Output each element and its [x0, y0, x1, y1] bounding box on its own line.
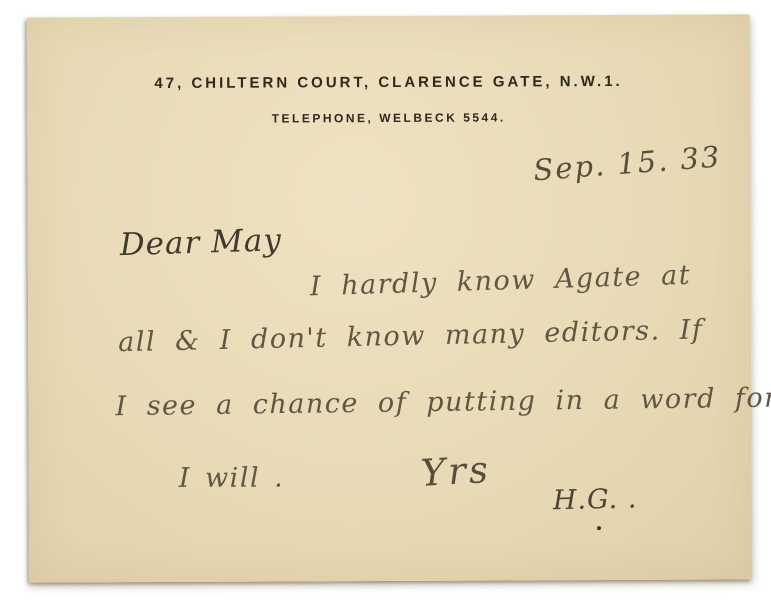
closing-valediction: Yrs: [420, 448, 492, 495]
body-line-3: I see a chance of putting in a word for …: [115, 382, 771, 423]
body-line-4: I will .: [179, 462, 285, 493]
signature-initials: H.G. .: [553, 483, 638, 516]
ink-speck: [597, 526, 601, 530]
body-line-2: all & I don't know many editors. If: [118, 314, 704, 358]
letter-card: 47, CHILTERN COURT, CLARENCE GATE, N.W.1…: [27, 14, 752, 582]
body-line-1: I hardly know Agate at: [309, 260, 691, 303]
photo-backdrop: 47, CHILTERN COURT, CLARENCE GATE, N.W.1…: [0, 0, 771, 600]
letterhead-telephone: TELEPHONE, WELBECK 5544.: [27, 109, 750, 126]
handwritten-date: Sep. 15. 33: [532, 139, 722, 187]
salutation: Dear May: [119, 222, 282, 263]
letterhead-address: 47, CHILTERN COURT, CLARENCE GATE, N.W.1…: [27, 72, 750, 92]
